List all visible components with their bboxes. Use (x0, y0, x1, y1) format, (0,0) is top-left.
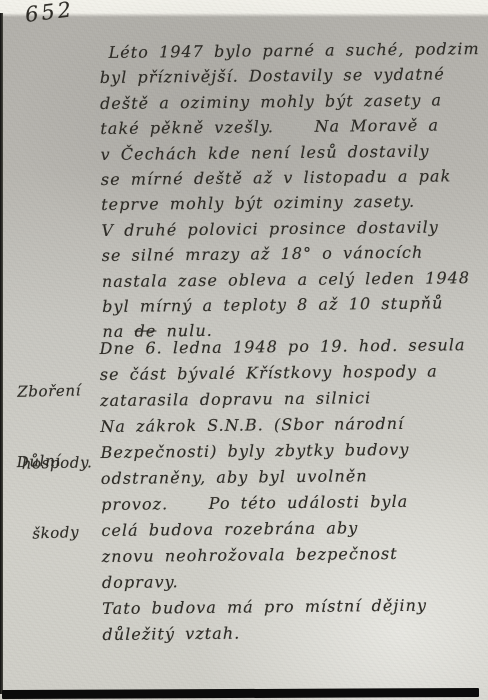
handwriting-line: se část bývalé Křístkovy hospody a (100, 358, 484, 388)
handwriting-line: celá budova rozebrána aby (101, 514, 485, 544)
handwriting-line: V druhé polovici prosince dostavily (101, 214, 485, 243)
handwriting-line: se mírné deště až v listopadu a pak (101, 163, 485, 192)
handwriting-line: provoz. Po této události byla (101, 488, 485, 518)
handwriting-line: Tato budova má pro místní dějiny (102, 592, 486, 622)
handwriting-paragraph-weather-1947: Léto 1947 bylo parné a suché, podzimbyl … (99, 36, 486, 345)
handwriting-line: dopravy. (102, 566, 486, 596)
margin-note-line: Důlní (16, 448, 77, 474)
page-number: 652 (24, 0, 76, 27)
handwriting-paragraph-inn-collapse: Dne 6. ledna 1948 po 19. hod. sesulase č… (99, 332, 486, 648)
handwriting-line: důležitý vztah. (102, 618, 486, 648)
handwriting-line: odstraněny, aby byl uvolněn (101, 462, 485, 492)
handwriting-line: znovu neohrožovala bezpečnost (102, 540, 486, 570)
handwriting-line: Na zákrok S.N.B. (Sbor národní (100, 410, 484, 440)
handwriting-line: Dne 6. ledna 1948 po 19. hod. sesula (99, 332, 483, 362)
handwriting-line: se silné mrazy až 18° o vánocích (102, 239, 486, 268)
handwriting-line: také pěkně vzešly. Na Moravě a (100, 112, 484, 141)
handwriting-line: Bezpečnosti) byly zbytky budovy (100, 436, 484, 466)
handwriting-line: zatarasila dopravu na silnici (100, 384, 484, 414)
margin-note-line: škody (19, 520, 80, 546)
handwriting-line: byl příznivější. Dostavily se vydatné (100, 61, 484, 90)
margin-note-dulni-skody: Důlní škody (15, 400, 82, 594)
scan-edge-left (0, 13, 3, 694)
handwriting-line: byl mírný a teploty 8 až 10 stupňů (102, 290, 486, 319)
scan-edge-bottom (2, 688, 479, 699)
scanned-page: 652 Zboření hospody. Důlní škody Léto 19… (0, 0, 488, 700)
